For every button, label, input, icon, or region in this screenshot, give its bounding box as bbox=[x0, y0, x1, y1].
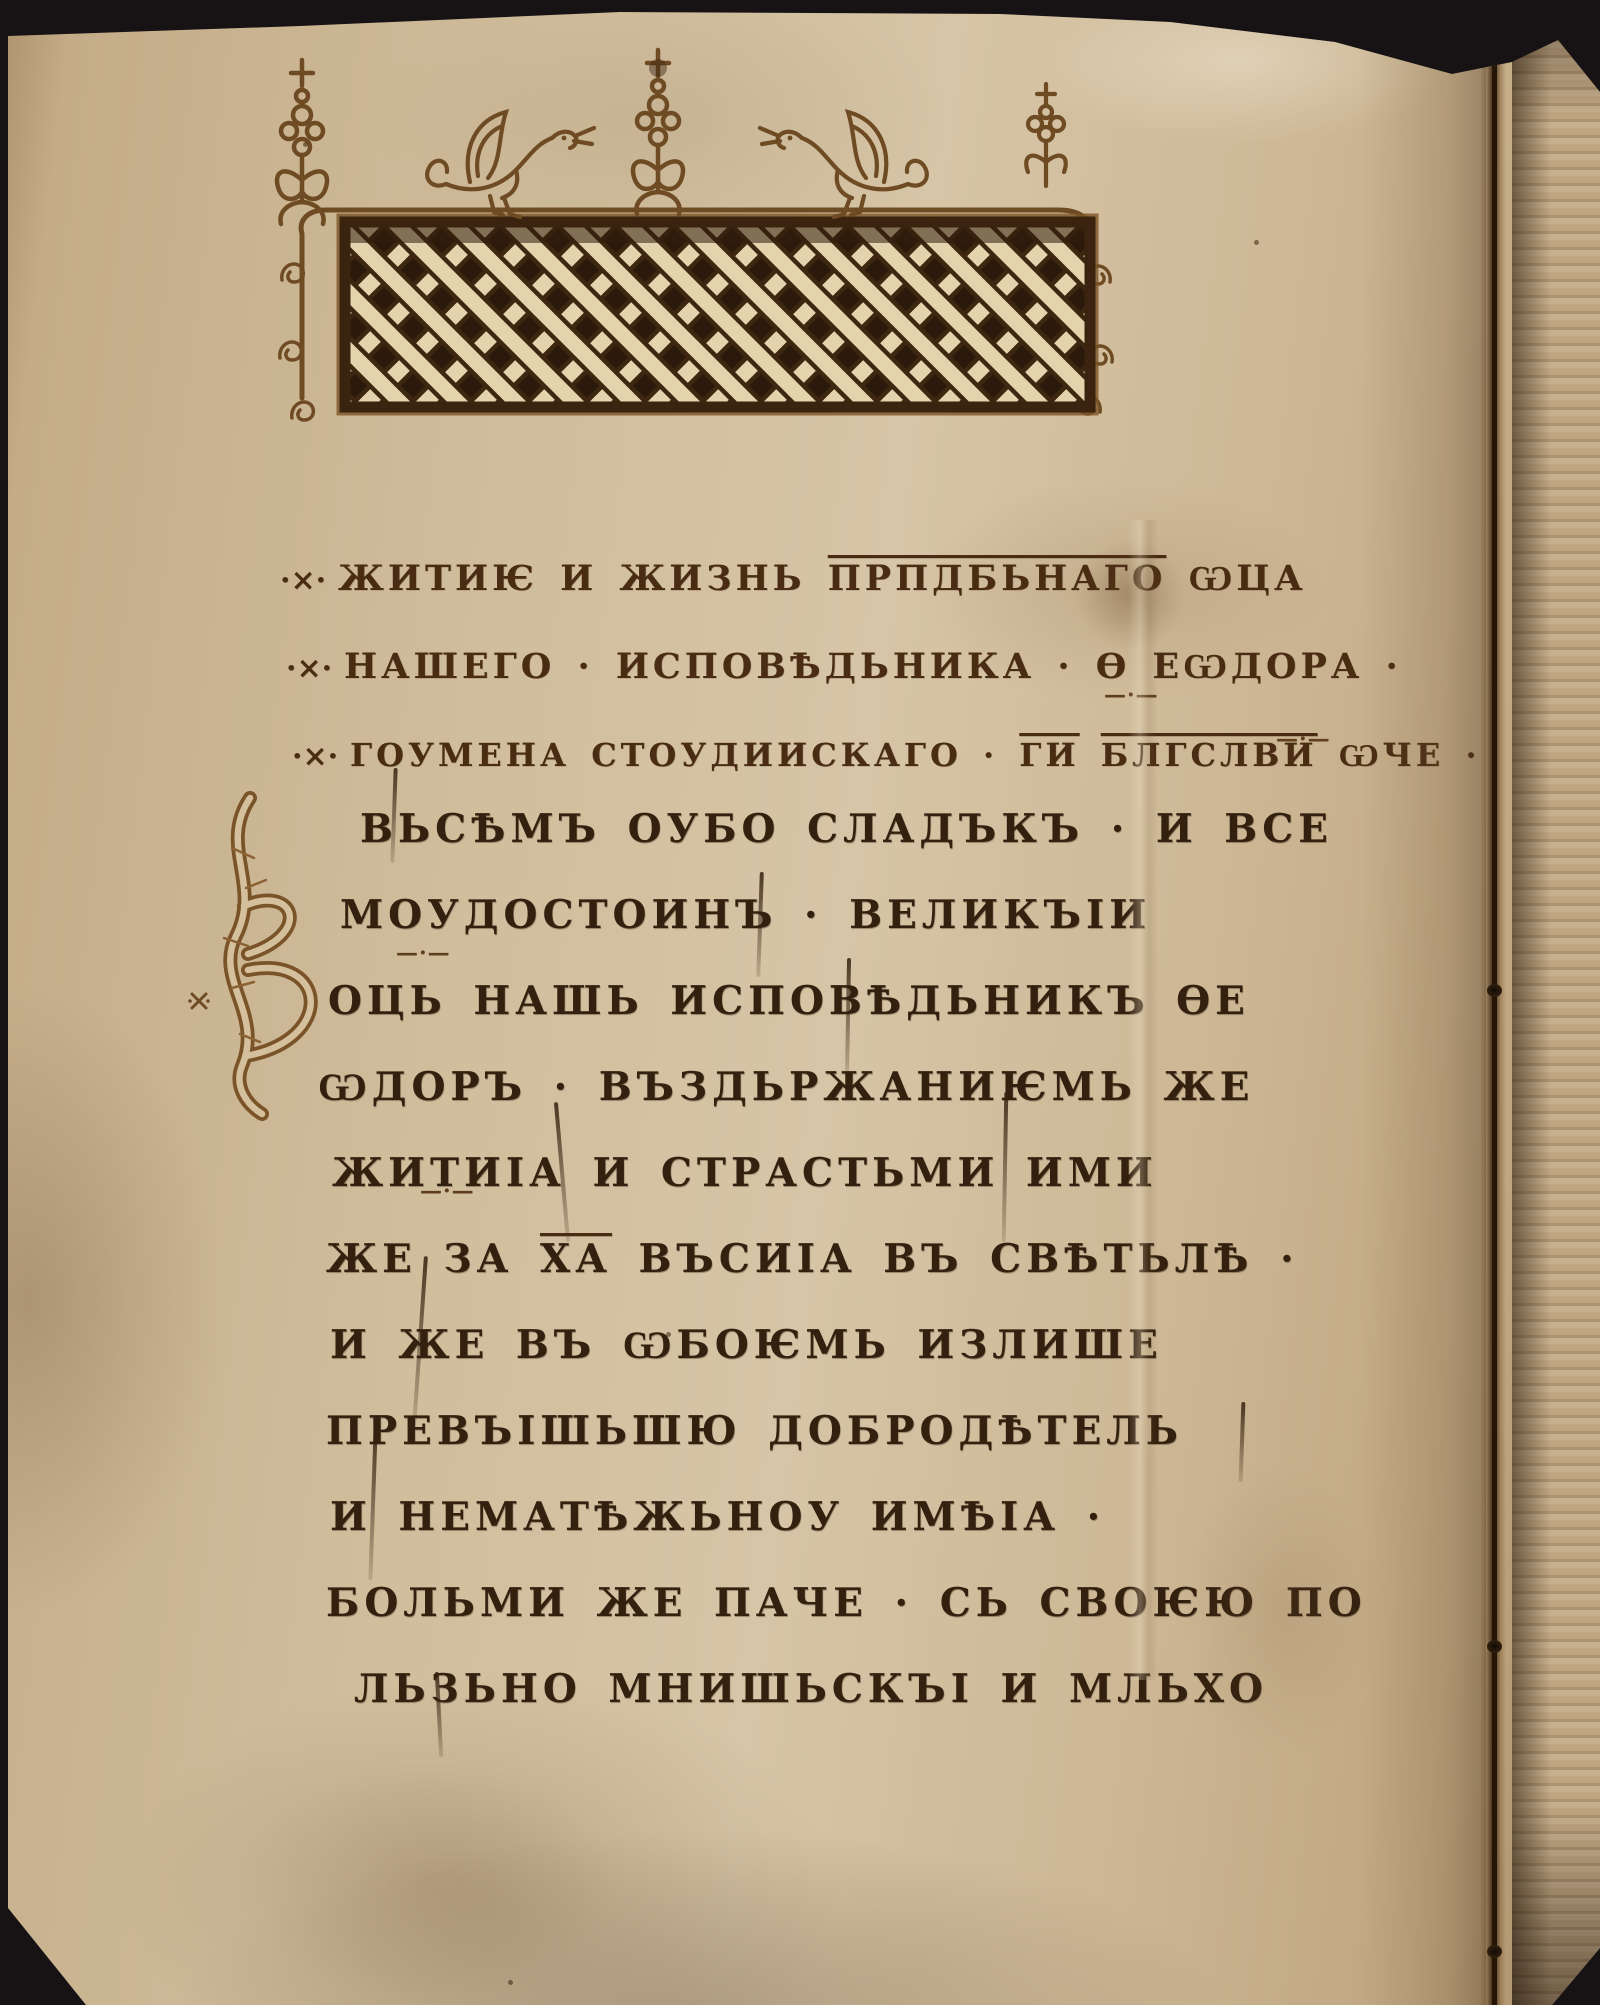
text-segment: ѠДОРЪ · ВЪЗДЬРЖАНИѤМЬ ЖЕ bbox=[318, 1064, 1254, 1110]
text-segment: И ЖЕ ВЪ ѠБОѤМЬ ИЗЛИШЕ bbox=[330, 1322, 1163, 1368]
cross-finial-left bbox=[277, 60, 327, 224]
adjacent-folio-edge bbox=[1512, 0, 1600, 2005]
text-line: ЖЕ ЗА ХА ВЪСИІА ВЪ СВѢТЬЛѢ · bbox=[326, 1224, 1367, 1310]
paragraph-cross-mark: ·×· bbox=[286, 634, 332, 704]
bird-right bbox=[760, 112, 927, 217]
abbreviated-word: ГИ bbox=[1019, 736, 1079, 774]
ink-speck bbox=[303, 142, 308, 147]
text-segment: ВЪСИІА ВЪ СВѢТЬЛѢ · bbox=[612, 1236, 1299, 1282]
knotwork-band bbox=[338, 215, 1097, 414]
text-segment: ПРЕВЪІШЬШЮ ДОБРОДѢТЕЛЬ bbox=[326, 1408, 1183, 1454]
text-segment bbox=[1080, 736, 1101, 774]
text-segment: ГОУМЕНА СТОУДИИСКАГО · bbox=[350, 736, 1019, 774]
text-segment: ОЦЬ НАШЬ ИСПОВѢДЬНИКЪ ѲЕ bbox=[328, 978, 1250, 1024]
ink-dash-mark: —·— bbox=[420, 1178, 475, 1204]
ink-speck bbox=[508, 1980, 513, 1985]
headpiece-ornament bbox=[268, 38, 1120, 420]
ink-dash-mark: —·— bbox=[396, 940, 451, 966]
parchment-stain bbox=[1180, 1460, 1380, 1760]
text-line: ·×·ЖИТИѤ И ЖИЗНЬ ПРПДБЬНАГО ѠЦА bbox=[338, 544, 1481, 632]
text-segment: НАШЕГО · ИСПОВѢДЬНИКА · Ѳ ЕѠДОРА · bbox=[344, 646, 1402, 687]
bird-left bbox=[427, 112, 594, 217]
binding-seam bbox=[1480, 0, 1506, 2005]
gutter-shading bbox=[1360, 0, 1486, 2005]
illuminated-initial-V bbox=[188, 788, 328, 1133]
ink-speck bbox=[666, 1332, 671, 1337]
text-line: ПРЕВЪІШЬШЮ ДОБРОДѢТЕЛЬ bbox=[326, 1396, 1367, 1482]
parchment-crease bbox=[1128, 520, 1158, 1680]
parchment-stain bbox=[240, 1760, 620, 2000]
text-line: И ЖЕ ВЪ ѠБОѤМЬ ИЗЛИШЕ bbox=[330, 1310, 1367, 1396]
binding-stitch bbox=[1487, 1640, 1502, 1653]
manuscript-photo: { "scene": { "type": "photograph of a me… bbox=[0, 0, 1600, 2005]
text-line: ЖИТИІА И СТРАСТЬМИ ИМИ bbox=[332, 1138, 1367, 1224]
title-block: ·×·ЖИТИѤ И ЖИЗНЬ ПРПДБЬНАГО ѠЦА·×·НАШЕГО… bbox=[338, 544, 1481, 808]
text-line: ВЬСѢМЪ ОУБО СЛАДЪКЪ · И ВСЕ bbox=[360, 794, 1367, 880]
text-segment: И НЕМАТѢЖЬНОУ ИМѢІА · bbox=[330, 1494, 1105, 1540]
ink-speck bbox=[1254, 240, 1259, 245]
text-segment: ВЬСѢМЪ ОУБО СЛАДЪКЪ · И ВСЕ bbox=[360, 806, 1333, 852]
binding-stitch bbox=[1487, 36, 1502, 49]
text-segment: ЖЕ ЗА bbox=[326, 1236, 540, 1282]
text-line: ѠДОРЪ · ВЪЗДЬРЖАНИѤМЬ ЖЕ bbox=[318, 1052, 1367, 1138]
text-segment: ЖИТИѤ И ЖИЗНЬ bbox=[338, 558, 828, 599]
ink-dash-mark: —·— bbox=[1276, 726, 1331, 752]
paragraph-cross-mark: ·×· bbox=[280, 546, 326, 616]
binding-stitch bbox=[1487, 1945, 1502, 1958]
text-line: ·×·НАШЕГО · ИСПОВѢДЬНИКА · Ѳ ЕѠДОРА · bbox=[344, 632, 1481, 720]
flower-finial-right bbox=[1026, 84, 1066, 186]
abbreviated-word: ХА bbox=[540, 1236, 612, 1282]
text-segment: ѠЦА bbox=[1166, 558, 1306, 599]
manuscript-page: ·×·ЖИТИѤ И ЖИЗНЬ ПРПДБЬНАГО ѠЦА·×·НАШЕГО… bbox=[0, 0, 1600, 2005]
binding-stitch bbox=[1487, 984, 1502, 997]
text-line: МОУДОСТОИНЪ · ВЕЛИКЪІИ bbox=[340, 880, 1367, 966]
paragraph-cross-mark: ·×· bbox=[292, 722, 338, 792]
text-segment: МОУДОСТОИНЪ · ВЕЛИКЪІИ bbox=[340, 892, 1151, 938]
